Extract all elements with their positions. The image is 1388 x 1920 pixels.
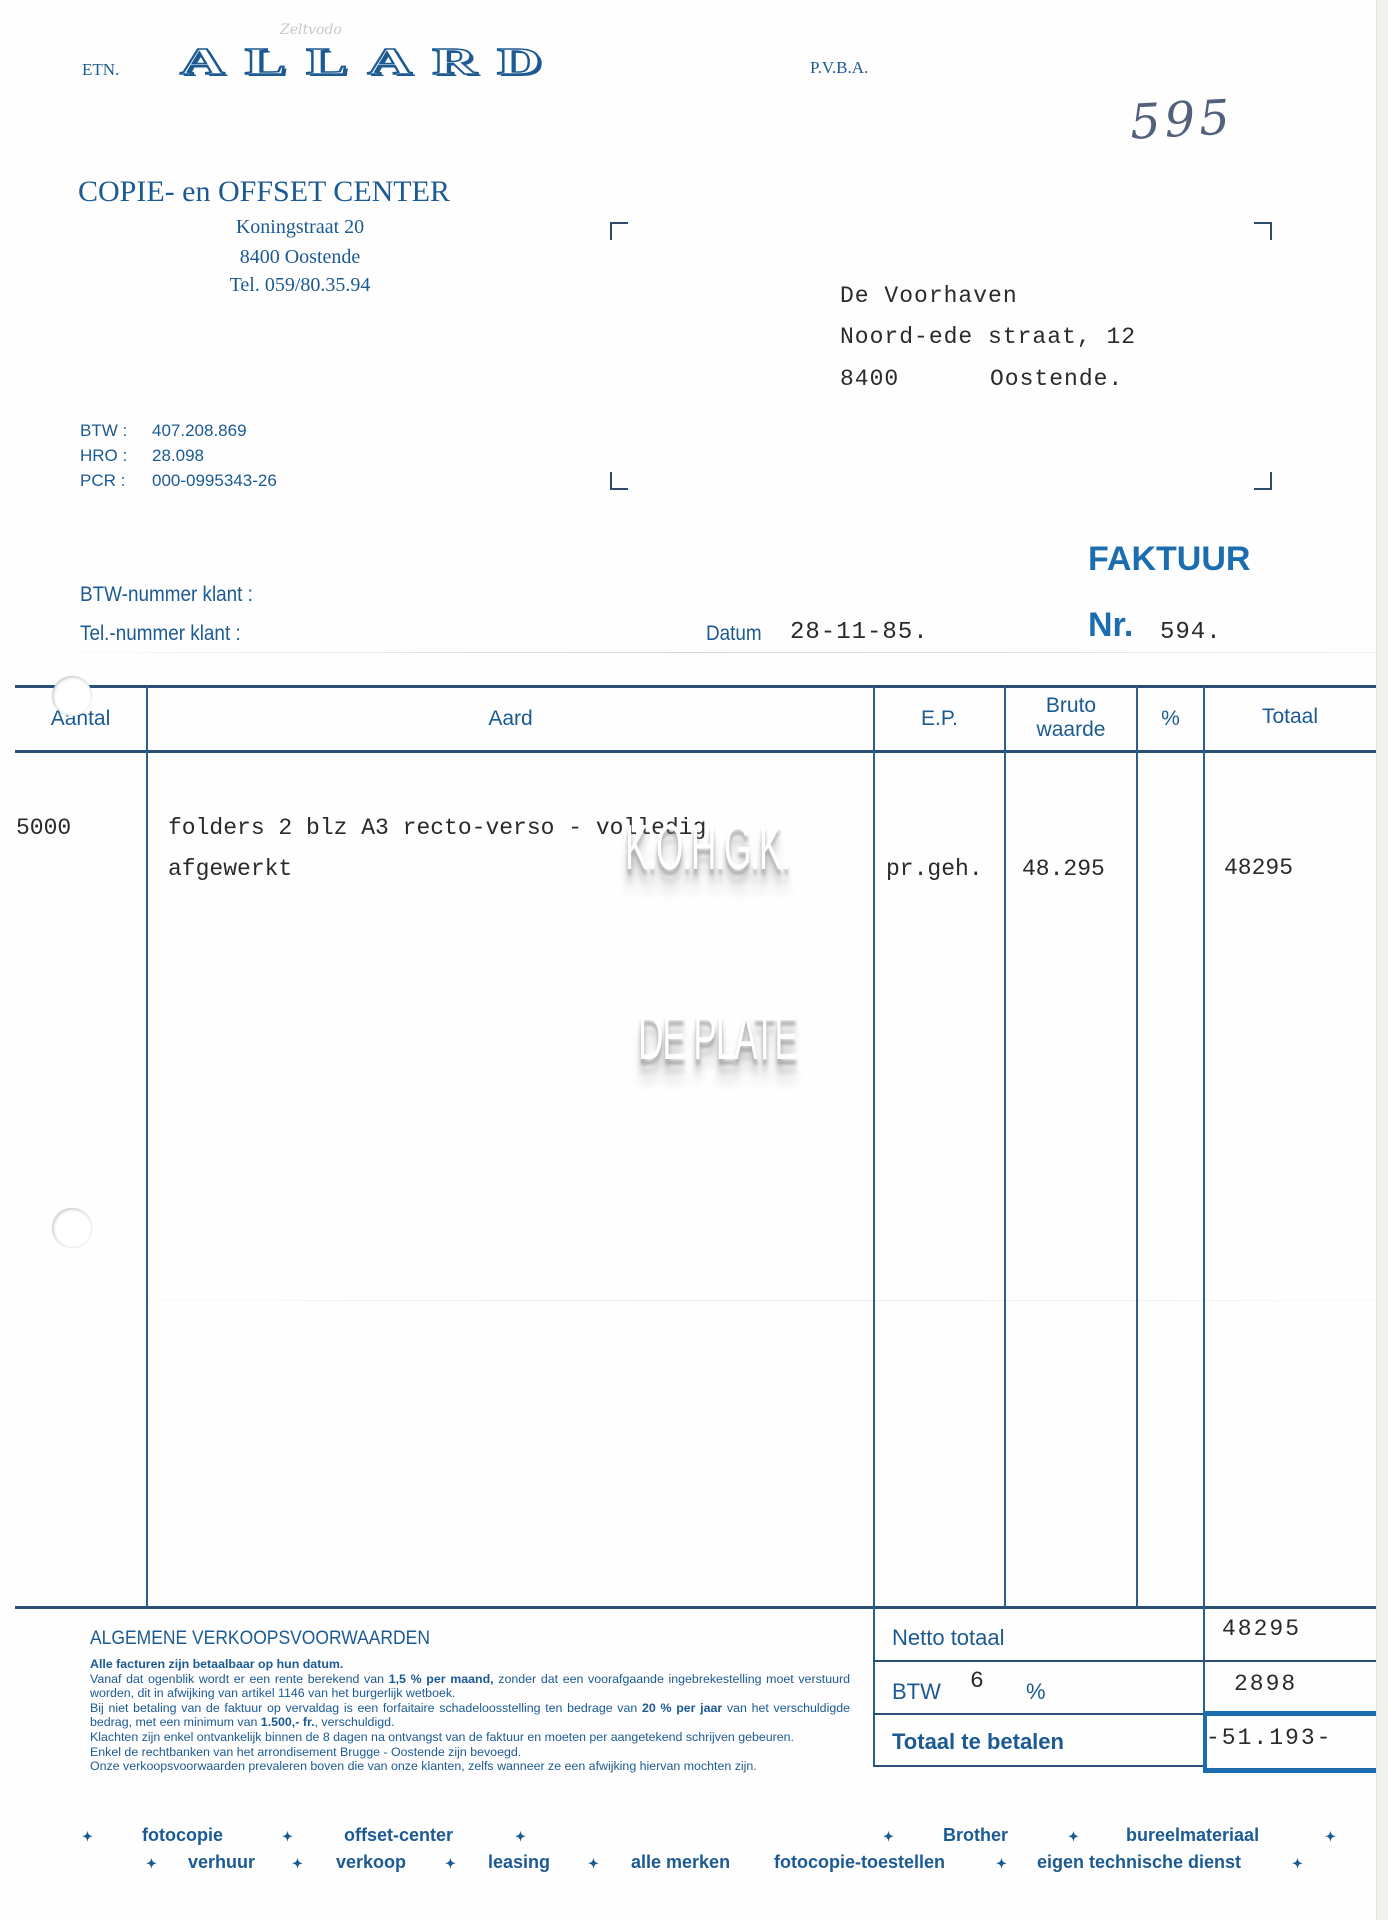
terms-emphasis: 1,5 % per maand, [389, 1672, 494, 1686]
invoice-date: 28-11-85. [790, 619, 929, 646]
watermark-line: DE PLATE [638, 1000, 797, 1074]
table-header-rule [15, 750, 1376, 753]
header-totaal: Totaal [1205, 705, 1375, 729]
company-legal-form: P.V.B.A. [810, 58, 868, 78]
recipient-city: Oostende. [990, 366, 1123, 392]
invoice-page: Zeltvodo ETN. ALLARD P.V.B.A. 595 COPIE-… [0, 0, 1376, 1920]
terms-emphasis: 20 % per jaar [642, 1701, 722, 1715]
cell-totaal: 48295 [1224, 855, 1293, 881]
column-divider [873, 686, 875, 1766]
diamond-icon: ✦ [282, 1829, 293, 1845]
vat-label: BTW [892, 1679, 941, 1705]
company-address-line: Koningstraat 20 [150, 216, 450, 239]
table-top-rule [15, 685, 1376, 688]
diamond-icon: ✦ [445, 1856, 456, 1872]
terms-text: Klachten zijn enkel ontvankelijk binnen … [90, 1730, 850, 1745]
invoice-number: 594. [1160, 619, 1222, 646]
column-divider [146, 686, 148, 1607]
terms-text: , verschuldigd. [315, 1715, 395, 1729]
vat-percent-sign: % [1026, 1679, 1046, 1705]
column-divider [1136, 686, 1138, 1607]
column-divider [1004, 686, 1006, 1607]
customer-btw-label: BTW-nummer klant : [80, 583, 253, 607]
header-bruto-waarde: Bruto waarde [1006, 694, 1136, 742]
header-bruto-line2: waarde [1006, 718, 1136, 742]
address-window-corner [610, 222, 628, 240]
registration-label: BTW : [80, 421, 152, 441]
netto-total-value: 48295 [1222, 1616, 1301, 1642]
footer-service: verhuur [188, 1852, 255, 1873]
terms-lead: Alle facturen zijn betaalbaar op hun dat… [90, 1657, 343, 1671]
footer-service: verkoop [336, 1852, 406, 1873]
diamond-icon: ✦ [883, 1829, 894, 1845]
cell-aantal: 5000 [16, 815, 71, 841]
cell-bruto: 48.295 [1022, 856, 1105, 882]
registration-value: 28.098 [152, 446, 204, 465]
registration-pcr: PCR :000-0995343-26 [80, 471, 277, 491]
diamond-icon: ✦ [82, 1829, 93, 1845]
address-window-corner [1254, 472, 1272, 490]
cell-aard-line2: afgewerkt [168, 856, 292, 882]
invoice-title: FAKTUUR [1088, 540, 1250, 579]
company-prefix: ETN. [82, 60, 119, 80]
terms-heading: ALGEMENE VERKOOPSVOORWAARDEN [90, 1628, 430, 1650]
registration-hro: HRO :28.098 [80, 446, 204, 466]
paper-fold-line [0, 652, 1376, 653]
address-window-corner [610, 472, 628, 490]
invoice-number-label: Nr. [1088, 606, 1133, 645]
totals-rule [873, 1660, 1376, 1662]
paper-edge [1376, 0, 1388, 1920]
diamond-icon: ✦ [515, 1829, 526, 1845]
terms-emphasis: 1.500,- fr. [261, 1715, 315, 1729]
terms-body: Alle facturen zijn betaalbaar op hun dat… [90, 1657, 850, 1774]
recipient-street: Noord-ede straat, 12 [840, 324, 1136, 350]
grand-total-value: -51.193- [1206, 1725, 1332, 1751]
pencil-note: Zeltvodo [280, 22, 342, 38]
header-bruto-line1: Bruto [1006, 694, 1136, 718]
registration-btw: BTW :407.208.869 [80, 421, 247, 441]
diamond-icon: ✦ [292, 1856, 303, 1872]
date-label: Datum [706, 622, 762, 646]
registration-value: 407.208.869 [152, 421, 247, 440]
header-percent: % [1138, 707, 1203, 731]
terms-text: Vanaf dat ogenblik wordt er een rente be… [90, 1672, 389, 1686]
brand-logo: ALLARD [180, 40, 562, 84]
vat-value: 2898 [1234, 1671, 1297, 1697]
footer-service: eigen technische dienst [1037, 1852, 1241, 1873]
recipient-name: De Voorhaven [840, 283, 1018, 309]
punch-hole [52, 676, 92, 716]
terms-text: Enkel de rechtbanken van het arrondiseme… [90, 1745, 850, 1760]
terms-text: Onze verkoopsvoorwaarden prevaleren bove… [90, 1759, 850, 1774]
column-divider [1203, 686, 1205, 1766]
diamond-icon: ✦ [588, 1856, 599, 1872]
address-window-corner [1254, 222, 1272, 240]
diamond-icon: ✦ [996, 1856, 1007, 1872]
netto-total-label: Netto totaal [892, 1625, 1005, 1651]
handwritten-number: 595 [1129, 89, 1235, 150]
company-phone: Tel. 059/80.35.94 [150, 274, 450, 297]
registration-label: PCR : [80, 471, 152, 491]
recipient-postal-code: 8400 [840, 366, 899, 392]
punch-hole [52, 1208, 92, 1248]
diamond-icon: ✦ [1325, 1829, 1336, 1845]
footer-service: alle merken [631, 1852, 730, 1873]
registration-label: HRO : [80, 446, 152, 466]
header-ep: E.P. [875, 707, 1004, 731]
footer-service: offset-center [344, 1825, 453, 1846]
paper-fold-line [0, 1300, 1376, 1301]
header-aard: Aard [148, 707, 873, 731]
watermark-line: K.O.H.G.K. [625, 810, 790, 884]
footer-service: Brother [943, 1825, 1008, 1846]
company-address-line: 8400 Oostende [150, 246, 450, 269]
registration-value: 000-0995343-26 [152, 471, 277, 490]
table-bottom-rule [15, 1606, 1376, 1609]
cell-ep: pr.geh. [886, 856, 983, 882]
totals-rule [873, 1713, 1203, 1715]
diamond-icon: ✦ [146, 1856, 157, 1872]
footer-service: bureelmateriaal [1126, 1825, 1259, 1846]
terms-text: Bij niet betaling van de faktuur op verv… [90, 1701, 642, 1715]
footer-service: fotocopie [142, 1825, 223, 1846]
customer-tel-label: Tel.-nummer klant : [80, 622, 241, 646]
company-name: COPIE- en OFFSET CENTER [78, 175, 450, 209]
footer-service: fotocopie-toestellen [774, 1852, 945, 1873]
footer-service: leasing [488, 1852, 550, 1873]
totals-rule [873, 1765, 1203, 1767]
diamond-icon: ✦ [1068, 1829, 1079, 1845]
diamond-icon: ✦ [1292, 1856, 1303, 1872]
vat-rate: 6 [970, 1668, 986, 1694]
grand-total-label: Totaal te betalen [892, 1729, 1064, 1755]
